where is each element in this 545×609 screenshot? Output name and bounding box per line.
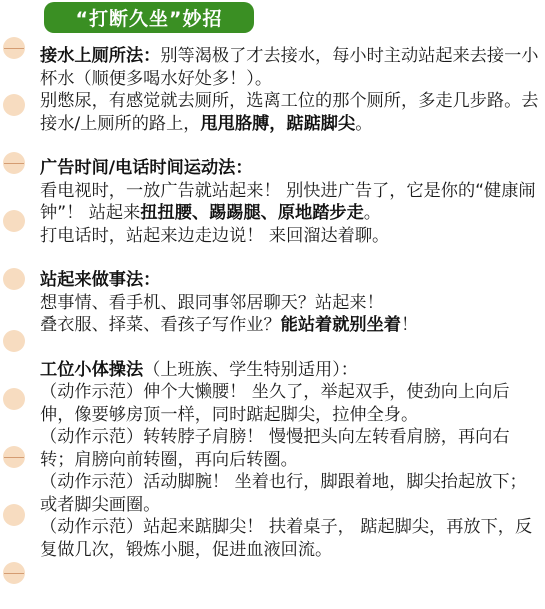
section-heading: 接水上厕所法： [40,46,160,66]
section-standing: 站起来做事法： 想事情、看手机、跟同事邻居聊天？站起来！ 叠衣服、择菜、看孩子写… [40,269,540,337]
standing-paragraph-1: 想事情、看手机、跟同事邻居聊天？站起来！ [40,292,540,315]
section-heading: 广告时间/电话时间运动法： [40,158,253,178]
section-desk: 工位小体操法（上班族、学生特别适用）： （动作示范）伸个大懒腰！ 坐久了，举起双… [40,359,540,562]
section-ads: 广告时间/电话时间运动法： 看电视时，一放广告就站起来！ 别快进广告了，它是你的… [40,157,540,247]
standing-paragraph-2: 叠衣服、择菜、看孩子写作业？能站着就别坐着！ [40,314,540,337]
desk-item: （动作示范）转转脖子肩膀！ 慢慢把头向左转看肩膀，再向右转；肩膀向前转圈，再向后… [40,426,540,471]
desk-item: （动作示范）伸个大懒腰！ 坐久了，举起双手，使劲向上向后伸，像要够房顶一样，同时… [40,381,540,426]
binder-ring-icon [3,210,25,232]
binder-ring-icon [3,388,25,410]
binder-ring-icon [3,268,25,290]
binder-ring-icon [3,562,25,584]
binder-ring-icon [3,37,25,59]
tips-content: 接水上厕所法：别等渴极了才去接水，每小时主动站起来去接一小杯水（顺便多喝水好处多… [40,45,540,561]
desk-item: （动作示范）站起来踮脚尖！ 扶着桌子， 踮起脚尖，再放下，反复做几次，锻炼小腿，… [40,516,540,561]
water-paragraph-1: 接水上厕所法：别等渴极了才去接水，每小时主动站起来去接一小杯水（顺便多喝水好处多… [40,45,540,90]
section-heading: 工位小体操法 [40,360,143,380]
water-paragraph-2: 别憋尿，有感觉就去厕所，选离工位的那个厕所，多走几步路。去接水/上厕所的路上，甩… [40,90,540,135]
ads-paragraph-2: 打电话时，站起来边走边说！ 来回溜达着聊。 [40,225,540,248]
binder-ring-icon [3,330,25,352]
section-heading: 站起来做事法： [40,270,160,290]
binder-ring-icon [3,504,25,526]
ads-paragraph-1: 看电视时，一放广告就站起来！ 别快进广告了，它是你的“健康闹钟”！ 站起来扭扭腰… [40,180,540,225]
section-water: 接水上厕所法：别等渴极了才去接水，每小时主动站起来去接一小杯水（顺便多喝水好处多… [40,45,540,135]
desk-item: （动作示范）活动脚腕！ 坐着也行，脚跟着地，脚尖抬起放下；或者脚尖画圈。 [40,471,540,516]
binder-ring-icon [3,446,25,468]
binder-ring-icon [3,94,25,116]
page-title: “打断久坐”妙招 [44,2,254,33]
binder-ring-icon [3,152,25,174]
binder-rings [0,0,30,609]
